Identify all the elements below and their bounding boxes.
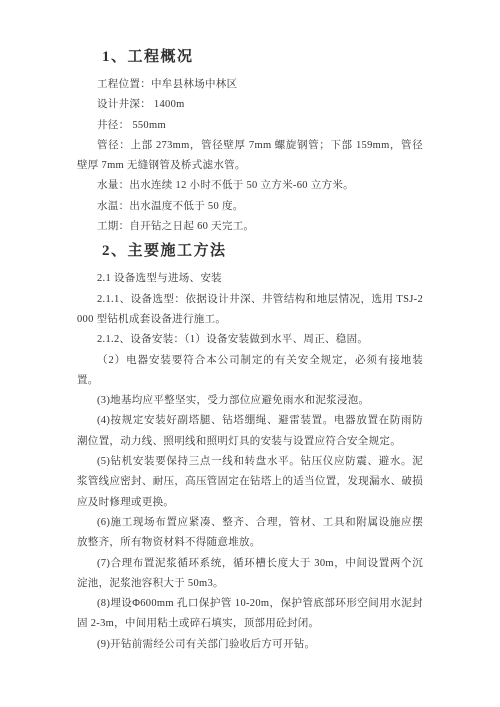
section-heading-2: 2、主要施工方法 bbox=[77, 240, 423, 262]
document-page: 1、工程概况 工程位置：中牟县林场中林区 设计井深： 1400m 井径： 550… bbox=[0, 0, 500, 707]
para-design-well-depth: 设计井深： 1400m bbox=[77, 95, 423, 115]
para-install-rule-5: (5)钻机安装要保持三点一线和转盘水平。钻压仪应防震、避水。泥浆管线应密封、耐压… bbox=[77, 452, 423, 513]
section-heading-1: 1、工程概况 bbox=[77, 46, 423, 68]
para-construction-period: 工期：自开钻之日起 60 天完工。 bbox=[77, 217, 423, 237]
para-install-rule-4: (4)按规定安装好副塔腿、钻塔绷绳、避雷装置。电器放置在防雨防潮位置，动力线、照… bbox=[77, 411, 423, 452]
para-install-rule-6: (6)施工现场布置应紧凑、整齐、合理，管材、工具和附属设施应摆放整齐，所有物资材… bbox=[77, 513, 423, 554]
para-water-temperature: 水温：出水温度不低于 50 度。 bbox=[77, 197, 423, 217]
section-construction-methods: 2、主要施工方法 2.1 设备选型与进场、安装 2.1.1、设备选型：依据设计井… bbox=[77, 240, 423, 655]
para-install-rule-3: (3)地基均应平整坚实，受力部位应避免雨水和泥浆浸泡。 bbox=[77, 391, 423, 411]
document-content: 1、工程概况 工程位置：中牟县林场中林区 设计井深： 1400m 井径： 550… bbox=[77, 46, 423, 655]
para-install-rule-2: （2）电器安装要符合本公司制定的有关安全规定，必须有接地装置。 bbox=[77, 351, 423, 392]
para-project-location: 工程位置：中牟县林场中林区 bbox=[77, 75, 423, 95]
para-2-1-1-equipment-selection: 2.1.1、设备选型：依据设计井深、井管结构和地层情况，选用 TSJ-2000 … bbox=[77, 290, 423, 331]
para-2-1-title: 2.1 设备选型与进场、安装 bbox=[77, 269, 423, 289]
para-install-rule-8: (8)埋设Φ600mm 孔口保护管 10-20m，保护管底部环形空间用水泥封固 … bbox=[77, 594, 423, 635]
para-well-diameter: 井径： 550mm bbox=[77, 116, 423, 136]
para-pipe-diameter: 管径：上部 273mm，管径壁厚 7mm 螺旋钢管；下部 159mm，管径壁厚 … bbox=[77, 136, 423, 177]
para-water-volume: 水量：出水连续 12 小时不低于 50 立方米-60 立方米。 bbox=[77, 176, 423, 196]
para-2-1-2-equipment-install-1: 2.1.2、设备安装：（1）设备安装做到水平、周正、稳固。 bbox=[77, 330, 423, 350]
para-install-rule-7: (7)合理布置泥浆循环系统，循环槽长度大于 30m，中间设置两个沉淀池，泥浆池容… bbox=[77, 554, 423, 595]
para-install-rule-9: (9)开钻前需经公司有关部门验收后方可开钻。 bbox=[77, 635, 423, 655]
section-project-overview: 1、工程概况 工程位置：中牟县林场中林区 设计井深： 1400m 井径： 550… bbox=[77, 46, 423, 237]
